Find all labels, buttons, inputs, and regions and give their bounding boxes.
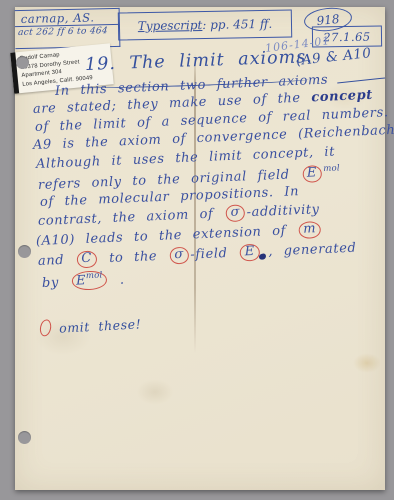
line10-text-2: to the bbox=[98, 249, 168, 267]
scanned-document-scene: carnap, AS. act 262 ff 6 to 464 Typescri… bbox=[0, 0, 394, 500]
axiom-references-underline bbox=[337, 75, 385, 84]
red-circled-E: E bbox=[240, 244, 260, 261]
superscript-mol: mol bbox=[323, 163, 340, 174]
line8-text-after: -additivity bbox=[246, 202, 320, 220]
red-circle-mark bbox=[39, 318, 53, 337]
red-circled-sigma-field: σ bbox=[170, 247, 189, 264]
superscript-mol-2: mol bbox=[86, 270, 103, 281]
typescript-note-box: Typescript : pp. 451 ff. bbox=[118, 9, 292, 40]
line11-text: by bbox=[42, 275, 70, 291]
line10-text-3: -field bbox=[190, 246, 238, 263]
punch-hole-bottom bbox=[18, 431, 31, 444]
red-circled-C: C bbox=[77, 251, 97, 268]
red-circled-E-mol-2: Emol bbox=[71, 270, 107, 290]
handwritten-line-11: by Emol . bbox=[42, 271, 125, 293]
punch-hole-top bbox=[16, 56, 29, 69]
punch-hole-middle bbox=[18, 245, 31, 258]
line10-text-4: , generated bbox=[268, 241, 357, 260]
manuscript-page: carnap, AS. act 262 ff 6 to 464 Typescri… bbox=[15, 7, 385, 490]
typescript-label: Typescript bbox=[138, 18, 203, 33]
margin-note-text: omit these! bbox=[59, 316, 142, 335]
red-circled-E-mol: E bbox=[302, 165, 322, 182]
margin-note: omit these! bbox=[40, 313, 142, 337]
name-box-line2: act 262 ff 6 to 464 bbox=[15, 25, 120, 38]
typescript-pages: : pp. 451 ff. bbox=[202, 17, 272, 32]
line8-text: contrast, the axiom of bbox=[38, 206, 225, 229]
ink-blot bbox=[258, 253, 265, 259]
scan-background: { "header": { "name_box": { "line1": "ca… bbox=[0, 0, 394, 500]
section-title: 19. The limit axioms. bbox=[85, 47, 313, 75]
line11-period: . bbox=[109, 273, 125, 289]
line10-text-1: and bbox=[38, 252, 76, 269]
red-circled-sigma: σ bbox=[226, 204, 245, 221]
line11-E: E bbox=[76, 273, 87, 288]
red-circled-m: m bbox=[298, 221, 321, 239]
line2-overwritten-word: concept bbox=[311, 88, 373, 106]
